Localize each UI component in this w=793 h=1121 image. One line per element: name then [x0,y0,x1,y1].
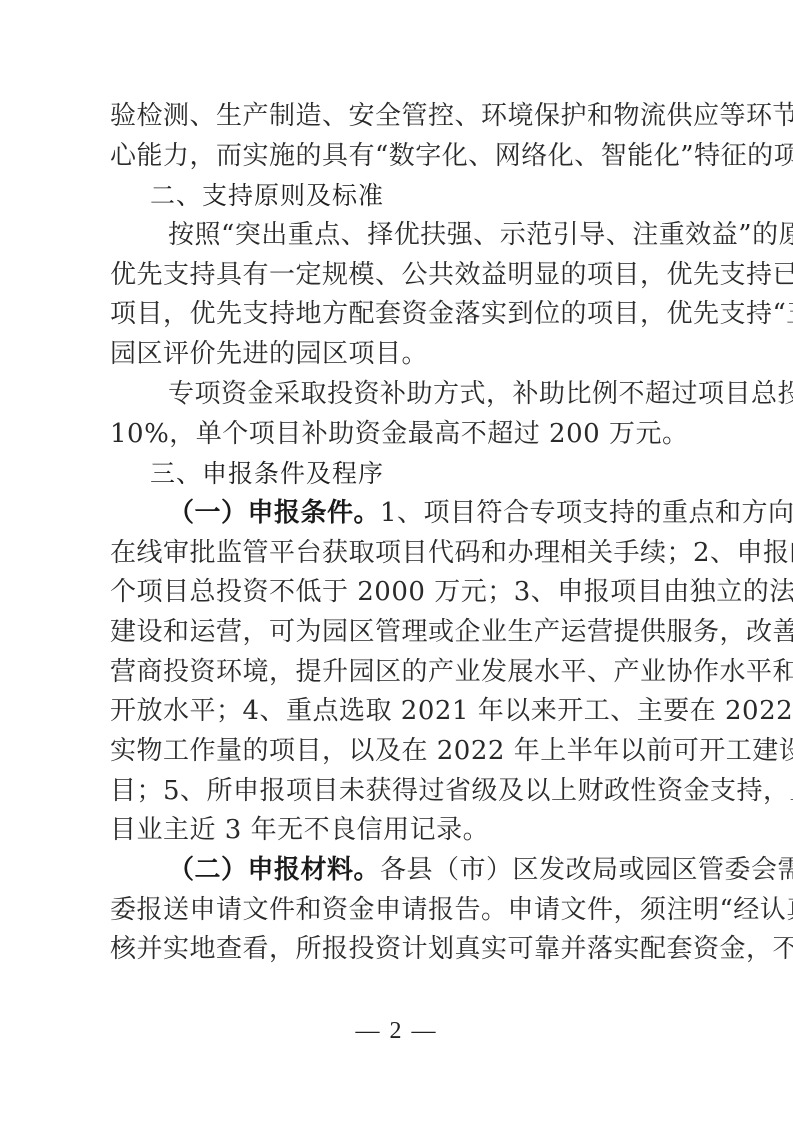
body-line: 按照“突出重点、择优扶强、示范引导、注重效益”的原则， [110,216,696,256]
section-heading-support-principles: 二、支持原则及标准 [110,176,696,216]
subsection-lead-conditions: （一）申报条件。 [168,498,380,528]
section-heading-application-conditions: 三、申报条件及程序 [110,454,696,494]
subsection-line-materials: （二）申报材料。各县（市）区发改局或园区管委会需向我 [110,851,696,891]
body-line: 个项目总投资不低于 2000 万元；3、申报项目由独立的法人单位 [110,573,696,613]
page-number: — 2 — [0,1018,793,1045]
body-line: 开放水平；4、重点选取 2021 年以来开工、主要在 2022 年形成 [110,692,696,732]
body-line: 园区评价先进的园区项目。 [110,335,696,375]
body-line: 营商投资环境，提升园区的产业发展水平、产业协作水平和对外 [110,653,696,693]
document-page: 验检测、生产制造、安全管控、环境保护和物流供应等环节的核 心能力，而实施的具有“… [0,0,793,1121]
body-line: 10%，单个项目补助资金最高不超过 200 万元。 [110,415,696,455]
body-line: 建设和运营，可为园区管理或企业生产运营提供服务，改善园区 [110,613,696,653]
body-line: 心能力，而实施的具有“数字化、网络化、智能化”特征的项目。 [110,137,696,177]
body-line: 在线审批监管平台获取项目代码和办理相关手续；2、申报的单 [110,534,696,574]
body-line: 实物工作量的项目，以及在 2022 年上半年以前可开工建设的项 [110,732,696,772]
body-line: 委报送申请文件和资金申请报告。申请文件，须注明“经认真审 [110,891,696,931]
body-line: 目；5、所申报项目未获得过省级及以上财政性资金支持，且项 [110,772,696,812]
body-line: 项目，优先支持地方配套资金落实到位的项目，优先支持“五好” [110,295,696,335]
body-line: 核并实地查看，所报投资计划真实可靠并落实配套资金，不增加 [110,930,696,970]
document-body: 验检测、生产制造、安全管控、环境保护和物流供应等环节的核 心能力，而实施的具有“… [110,97,696,970]
body-text: 各县（市）区发改局或园区管委会需向我 [380,855,793,885]
body-line: 专项资金采取投资补助方式，补助比例不超过项目总投资的 [110,375,696,415]
body-text: 1、项目符合专项支持的重点和方向，从 [380,498,793,528]
subsection-line-conditions: （一）申报条件。1、项目符合专项支持的重点和方向，从 [110,494,696,534]
body-line: 验检测、生产制造、安全管控、环境保护和物流供应等环节的核 [110,97,696,137]
subsection-lead-materials: （二）申报材料。 [168,855,380,885]
body-line: 目业主近 3 年无不良信用记录。 [110,811,696,851]
body-line: 优先支持具有一定规模、公共效益明显的项目，优先支持已开工 [110,256,696,296]
